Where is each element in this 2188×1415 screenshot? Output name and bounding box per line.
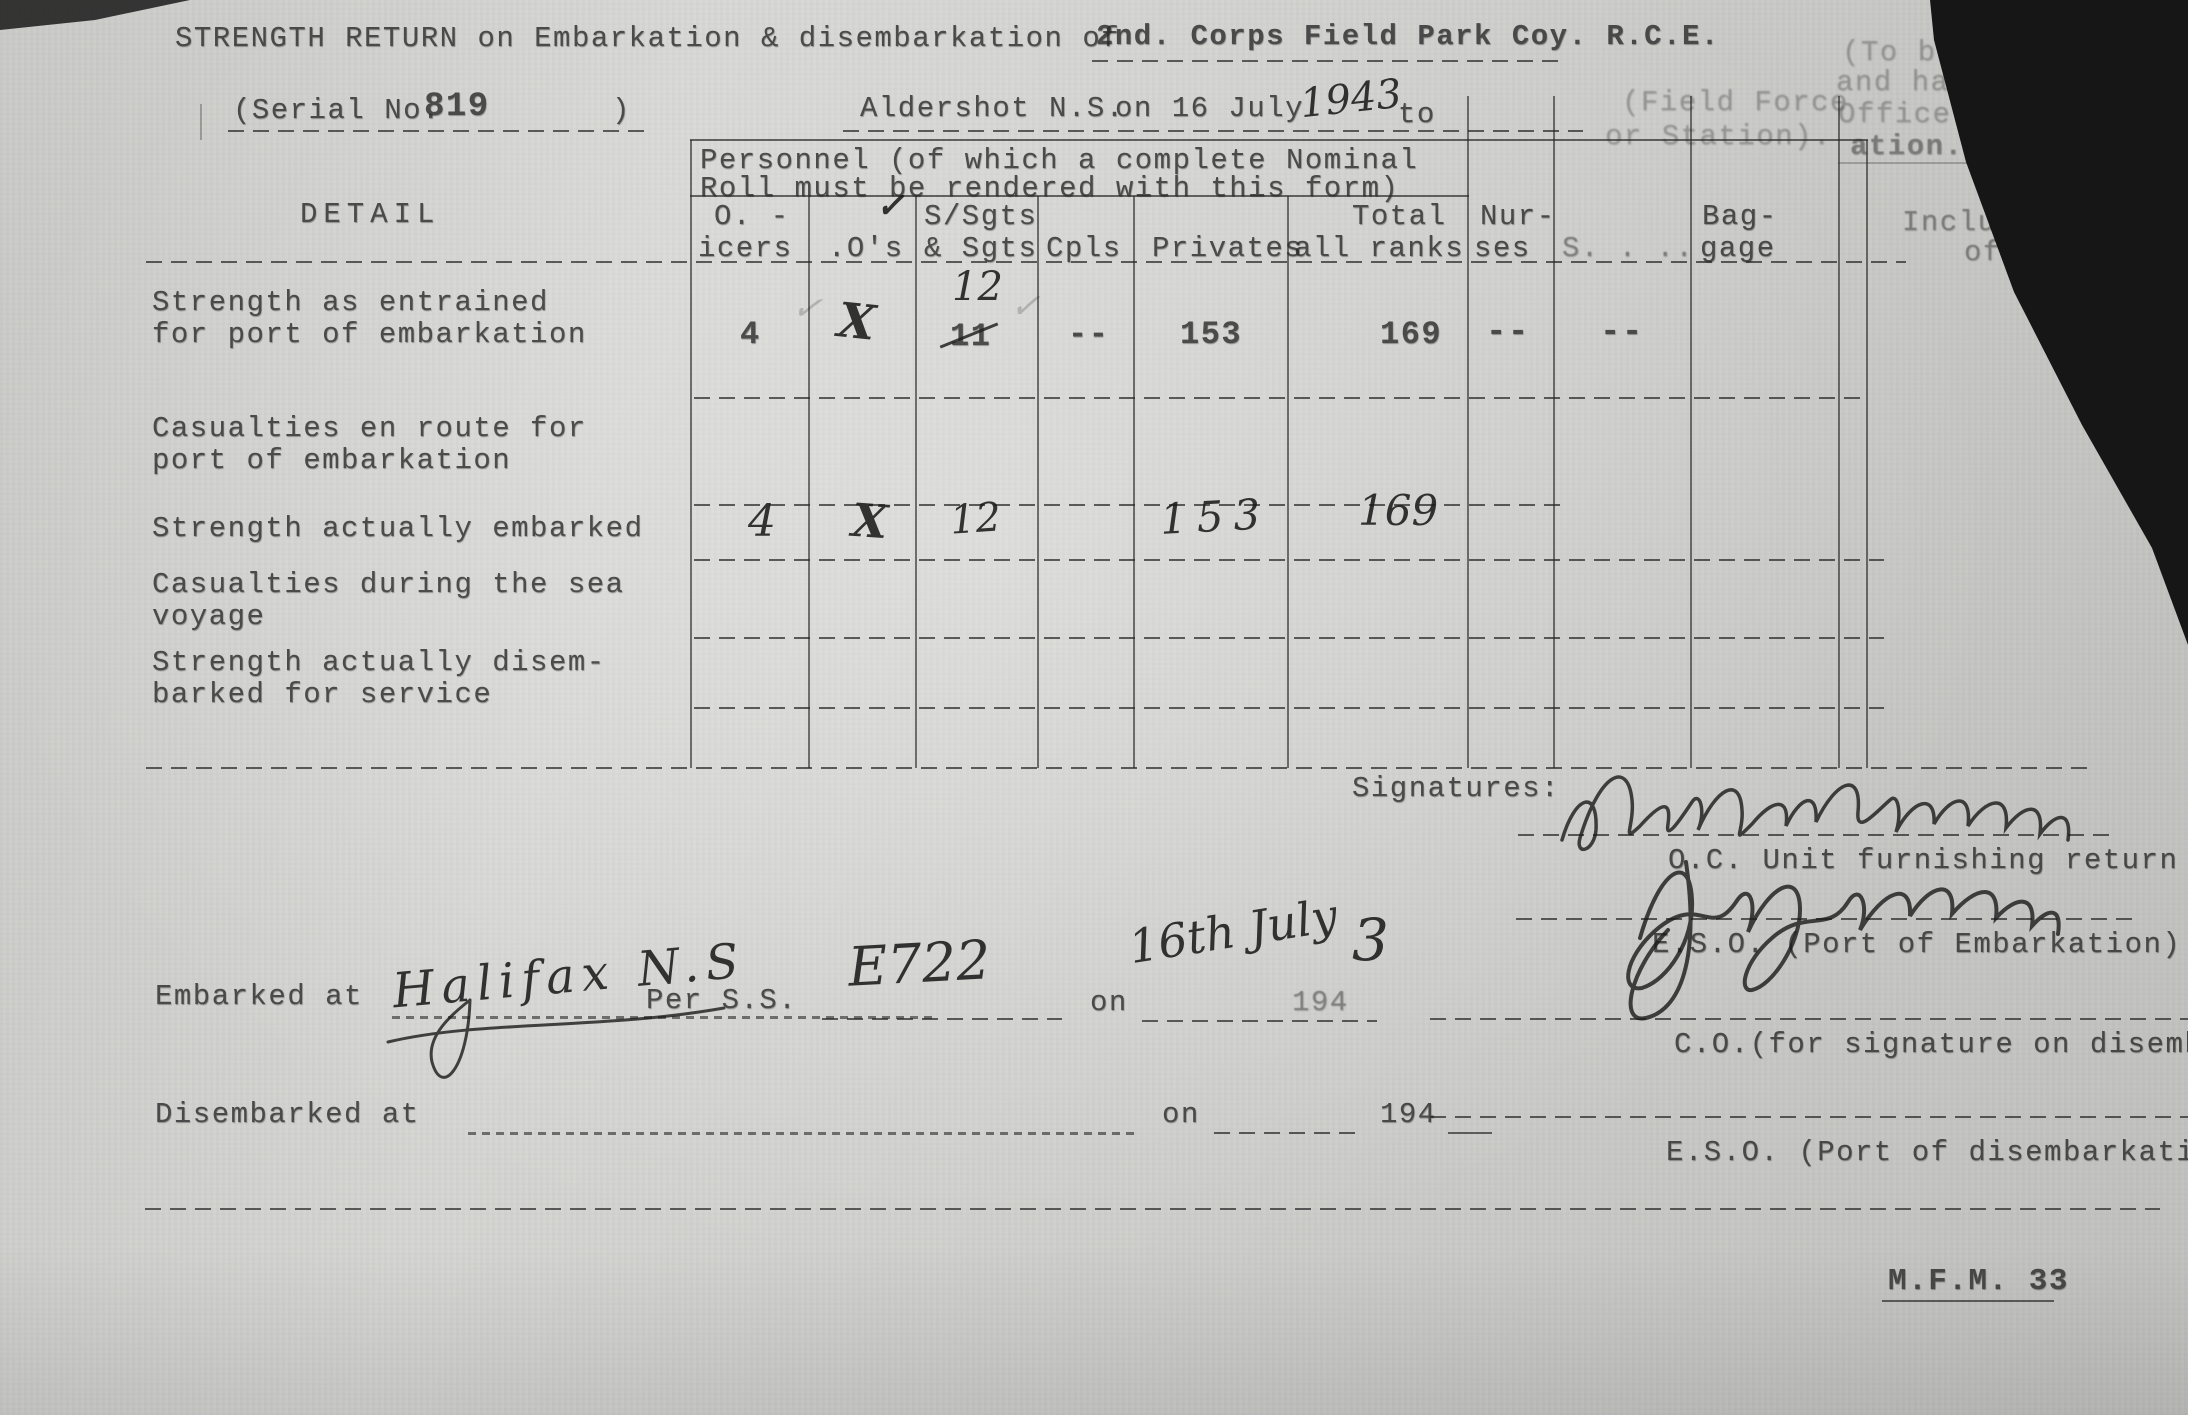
embarked-at-label: Embarked at (155, 980, 363, 1013)
bottom-separator-rule (145, 1208, 2160, 1210)
row4-bottom-rule (694, 637, 1884, 639)
signature-caption-1: O.C. Unit furnishing return (1668, 844, 2178, 877)
row5-label-line1: Strength actually disem- (152, 646, 606, 679)
scanned-form-paper: STRENGTH RETURN on Embarkation & disemba… (0, 0, 2188, 1415)
field-force-note-line1: (Field Force (1622, 86, 1849, 119)
row1-pencil-check-2: ✓ (1009, 285, 1042, 328)
disembarked-year-typed: 194 (1380, 1098, 1437, 1131)
row1-s-value: -- (1600, 314, 1644, 352)
unit-name: 2nd. Corps Field Park Coy. R.C.E. (1096, 20, 1720, 53)
form-code-underline (1882, 1300, 2054, 1302)
row4-label-line2: voyage (152, 600, 265, 633)
row1-sgts-struck-value: 11 (950, 318, 991, 355)
row3-officers-handwriting: 4 (748, 496, 776, 547)
personnel-banner-line2: Roll must be rendered with this form) (700, 172, 1399, 205)
moved-on-date: on 16 July (1115, 92, 1304, 125)
table-vline-spare-right (1866, 140, 1868, 768)
col-baggage-line1: Bag- (1702, 200, 1778, 233)
col-officers-line2: icers (698, 232, 793, 265)
row1-nurses-value: -- (1486, 314, 1530, 352)
unit-underline (1092, 60, 1564, 62)
col-officers-line1: O. - (714, 200, 790, 233)
col-sgts-line1: S/Sgts (924, 200, 1037, 233)
moved-year-handwriting: 1943 (1298, 71, 1404, 127)
row1-label-line1: Strength as entrained (152, 286, 549, 319)
row1-officers-value: 4 (740, 316, 761, 353)
disembarked-place-underline (468, 1132, 1136, 1135)
margin-tick (200, 104, 202, 140)
row1-label-line2: for port of embarkation (152, 318, 587, 351)
ship-name-handwriting: E722 (846, 928, 992, 998)
col-wos-header: .O's (828, 232, 904, 265)
embarked-date-handwriting: 16th July (1125, 888, 1341, 974)
serial-label: (Serial No. (233, 94, 441, 127)
disembarked-at-label: Disembarked at (155, 1098, 420, 1131)
row1-wos-handwriting: X (835, 292, 878, 352)
disembarked-date-underline (1214, 1132, 1364, 1134)
field-force-note-line2: or Station). (1605, 120, 1832, 153)
embarked-year-handwriting: 3 (1352, 906, 1389, 974)
station-name: Aldershot N.S. (860, 92, 1125, 125)
row1-sgts-handwriting: 12 (952, 264, 1003, 310)
form-code: M.F.M. 33 (1888, 1264, 2069, 1299)
row2-label-line1: Casualties en route for (152, 412, 587, 445)
col-sgts-line2: & Sgts (924, 232, 1037, 265)
corner-note-underline (1838, 162, 1978, 164)
row1-pencil-check-1: ✓ (789, 286, 825, 331)
table-vline-detail-right (690, 140, 692, 768)
disembarked-on-label: on (1162, 1098, 1200, 1131)
table-vline-total-right (1467, 96, 1469, 768)
row3-privates-handwriting: 153 (1159, 489, 1272, 544)
table-vline-sgts-right (1037, 196, 1039, 768)
col-baggage-line2: gage (1700, 232, 1776, 265)
ship-name-underline (822, 1018, 1062, 1020)
signature-caption-2: E.S.O. (Port of Embarkation) (1652, 928, 2181, 961)
row3-wos-handwriting: X (850, 493, 889, 549)
table-vline-officers-right (808, 196, 810, 768)
row1-privates-value: 153 (1180, 316, 1242, 353)
row5-label-line2: barked for service (152, 678, 492, 711)
table-vline-s-right (1690, 96, 1692, 768)
signature-line-4 (1430, 1116, 2188, 1118)
table-bottom-rule (146, 767, 2096, 769)
row3-bottom-rule (694, 559, 1884, 561)
table-vline-cpls-right (1133, 196, 1135, 768)
signatures-heading: Signatures: (1352, 772, 1560, 805)
station-underline (843, 130, 1583, 132)
signature-line-1 (1518, 834, 2118, 836)
table-vline-wos-right (915, 196, 917, 768)
signature-caption-4: E.S.O. (Port of disembarkation (1666, 1136, 2188, 1169)
serial-underline (228, 130, 648, 132)
to-word: to (1398, 98, 1436, 131)
col-total-line2: all ranks (1294, 232, 1464, 265)
signature-line-2 (1516, 918, 2136, 920)
row1-cpls-value: -- (1068, 316, 1109, 353)
row2-label-line2: port of embarkation (152, 444, 511, 477)
disembarked-year-underline (1448, 1132, 1492, 1134)
serial-number: 819 (424, 88, 490, 126)
col-nurses-line1: Nur- (1480, 200, 1556, 233)
serial-close-paren: ) (612, 94, 631, 127)
col-nurses-line2: ses (1474, 232, 1531, 265)
row3-total-handwriting: 169 (1358, 486, 1438, 535)
signature-line-3 (1430, 1018, 2188, 1020)
row1-total-value: 169 (1380, 316, 1442, 353)
wos-header-checkmark: ✓ (876, 186, 905, 226)
detail-column-header: DETAIL (300, 198, 440, 231)
per-ss-label: Per S.S. (646, 984, 797, 1017)
signature-caption-3: C.O.(for signature on disembar (1674, 1028, 2188, 1061)
row4-label-line1: Casualties during the sea (152, 568, 625, 601)
form-title: STRENGTH RETURN on Embarkation & disemba… (175, 22, 1120, 55)
row5-bottom-rule (694, 707, 1884, 709)
row3-sgts-handwriting: 12 (948, 494, 1002, 543)
table-vline-privates-right (1287, 196, 1289, 768)
embarked-year-typed: 194 (1292, 986, 1349, 1019)
embarked-on-label: on (1090, 986, 1128, 1019)
col-total-line1: Total (1352, 200, 1447, 233)
table-vline-nurses-right (1553, 96, 1555, 768)
col-privates-header: Privates (1152, 232, 1303, 265)
col-s-header: S. . .. (1562, 232, 1694, 265)
row3-label-line1: Strength actually embarked (152, 512, 643, 545)
col-cpls-header: Cpls (1046, 232, 1122, 265)
embarked-date-underline (1142, 1020, 1377, 1022)
signature-scrawl-oc-unit (1562, 777, 2069, 849)
table-vline-baggage-right (1838, 96, 1840, 768)
